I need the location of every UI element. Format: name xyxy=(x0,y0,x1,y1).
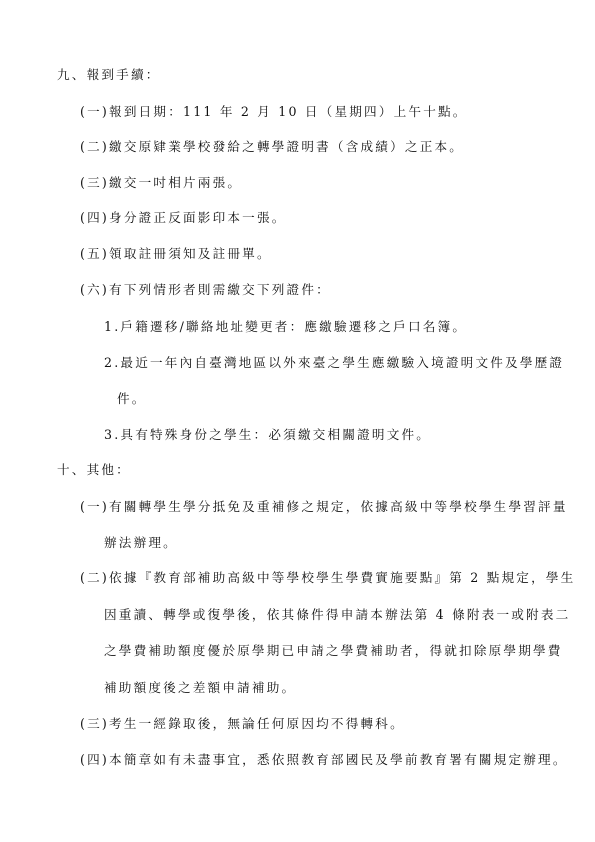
subitem-9-6-1: 1.戶籍遷移/聯絡地址變更者：應繳驗遷移之戶口名簿。 xyxy=(104,319,467,335)
item-10-2-cont-2: 之學費補助額度優於原學期已申請之學費補助者，得就扣除原學期學費 xyxy=(104,643,563,659)
item-10-2: (二)依據『教育部補助高級中等學校學生學費實施要點』第 2 點規定，學生 xyxy=(80,570,575,586)
item-9-6: (六)有下列情形者則需繳交下列證件： xyxy=(80,282,331,298)
item-10-2-cont-1: 因重讀、轉學或復學後，依其條件得申請本辦法第 4 條附表一或附表二 xyxy=(104,607,570,623)
item-9-4: (四)身分證正反面影印本一張。 xyxy=(80,210,287,226)
document-page: 九、報到手續： (一)報到日期：111 年 2 月 10 日（星期四）上午十點。… xyxy=(0,0,595,842)
item-10-3: (三)考生一經錄取後，無論任何原因均不得轉科。 xyxy=(80,716,405,732)
section-heading-9: 九、報到手續： xyxy=(57,67,161,83)
subitem-9-6-2-cont: 件。 xyxy=(117,391,147,407)
item-10-1-cont: 辦法辦理。 xyxy=(104,535,178,551)
section-heading-10: 十、其他： xyxy=(57,462,131,478)
subitem-9-6-3: 3.具有特殊身份之學生：必須繳交相關證明文件。 xyxy=(104,427,431,443)
item-10-4: (四)本簡章如有未盡事宜，悉依照教育部國民及學前教育署有關規定辦理。 xyxy=(80,752,568,768)
item-10-2-cont-3: 補助額度後之差額申請補助。 xyxy=(104,680,296,696)
item-9-1: (一)報到日期：111 年 2 月 10 日（星期四）上午十點。 xyxy=(80,104,468,120)
item-9-2: (二)繳交原肄業學校發給之轉學證明書（含成績）之正本。 xyxy=(80,139,464,155)
item-9-3: (三)繳交一吋相片兩張。 xyxy=(80,175,242,191)
item-10-1: (一)有關轉學生學分抵免及重補修之規定，依據高級中等學校學生學習評量 xyxy=(80,499,568,515)
subitem-9-6-2: 2.最近一年內自臺灣地區以外來臺之學生應繳驗入境證明文件及學歷證 xyxy=(104,355,564,371)
item-9-5: (五)領取註冊須知及註冊單。 xyxy=(80,246,272,262)
